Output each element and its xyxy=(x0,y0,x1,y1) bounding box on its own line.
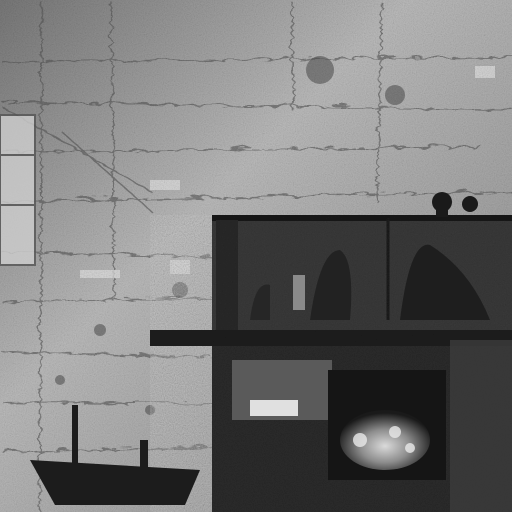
alcove xyxy=(232,360,332,420)
window-pane xyxy=(0,115,35,265)
hearth-fire xyxy=(328,370,446,480)
artwork-scene: Grayscale painterly image of a weathered… xyxy=(0,0,512,512)
right-shadow xyxy=(450,340,512,512)
artwork-svg xyxy=(0,0,512,512)
